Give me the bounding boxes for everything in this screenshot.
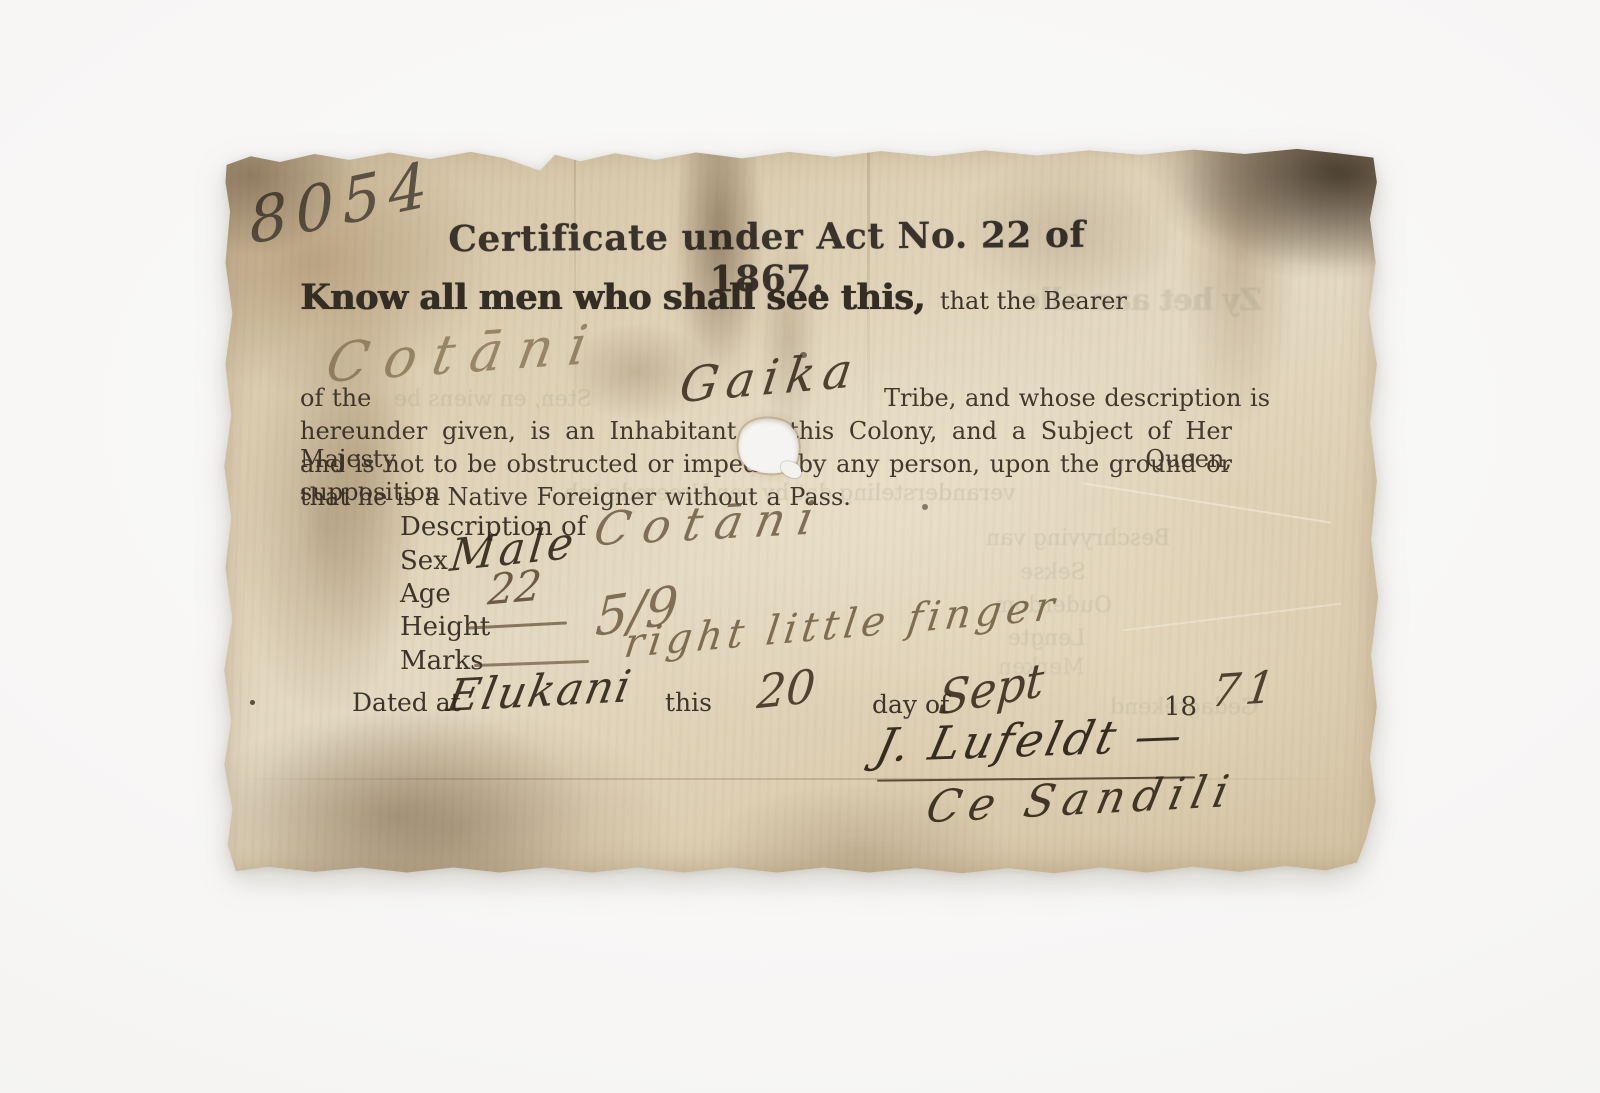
body-line1-post: Tribe, and whose description is	[884, 384, 1270, 412]
field-label-age: Age	[400, 579, 451, 609]
ink-speck	[800, 352, 807, 358]
ink-speck	[250, 700, 255, 705]
dated-place-handwritten: Elukani	[443, 661, 637, 722]
dated-day-handwritten: 20	[755, 659, 817, 720]
body-line1-pre: of the	[300, 384, 371, 412]
verso-ghost-label: Sekse	[1020, 560, 1086, 585]
field-label-sex: Sex	[400, 546, 448, 576]
field-value-marks: right little finger	[622, 583, 1063, 668]
serial-number-handwritten: 8054	[247, 146, 438, 259]
verso-ghost-line: Sten, en wiens be	[394, 387, 592, 412]
ink-speck	[922, 504, 928, 510]
description-name-handwritten: Cotāni	[590, 490, 831, 557]
salutation-line: Know all men who shall see this, that th…	[300, 277, 1127, 318]
certificate-paper: Zy het aan alle Sten, en wiens be verand…	[222, 146, 1378, 874]
photograph-backdrop: Zy het aan alle Sten, en wiens be verand…	[0, 0, 1600, 1093]
wrinkle-highlight	[1123, 603, 1342, 632]
salutation-plain: that the Bearer	[940, 287, 1127, 315]
verso-ghost-label: Beschryving van	[986, 526, 1170, 551]
bearer-name-handwritten: Cotāni	[322, 312, 608, 395]
salutation-blackletter: Know all men who shall see this,	[300, 277, 925, 318]
official-signature: J. Lufeldt —	[871, 707, 1191, 772]
dated-this-label: this	[665, 688, 712, 717]
paper-surface: Zy het aan alle Sten, en wiens be verand…	[222, 146, 1378, 874]
dated-year-handwritten: 71	[1208, 661, 1283, 717]
secondary-signature: Ce Sandili	[922, 766, 1241, 834]
field-value-age: 22	[486, 560, 544, 614]
